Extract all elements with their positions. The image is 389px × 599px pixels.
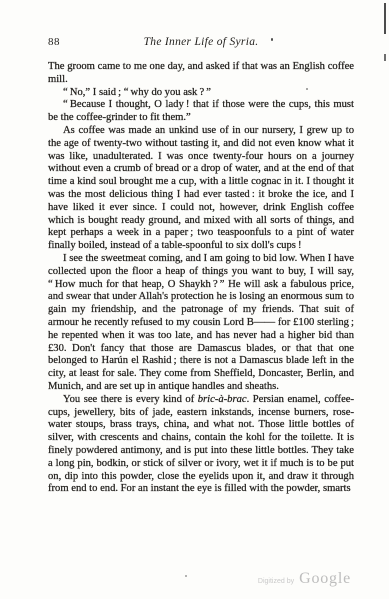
paragraph: The groom came to me one day, and asked … bbox=[48, 61, 354, 87]
running-title: The Inner Life of Syria. bbox=[48, 36, 354, 48]
paragraph-text: . Persian enamel, coffee-cups, jewellery… bbox=[48, 394, 354, 495]
page-text: The groom came to me one day, and asked … bbox=[48, 61, 354, 496]
digitized-by-label: Digitized by bbox=[258, 578, 294, 585]
digitized-watermark: Digitized by Google bbox=[258, 570, 351, 588]
paragraph: I see the sweetmeat coming, and I am goi… bbox=[48, 253, 354, 394]
scanned-book-page: 88 The Inner Life of Syria. The groom ca… bbox=[0, 0, 389, 599]
paragraph: “ No,” I said ; “ why do you ask ? ” bbox=[48, 87, 354, 100]
scan-artifact bbox=[384, 3, 386, 34]
italic-term: bric-à-brac bbox=[198, 394, 247, 405]
paragraph-text: You see there is every kind of bbox=[63, 394, 198, 405]
scan-artifact bbox=[384, 54, 386, 61]
page-number: 88 bbox=[48, 36, 60, 48]
paragraph: “ Because I thought, O lady ! that if th… bbox=[48, 99, 354, 125]
paragraph: You see there is every kind of bric-à-br… bbox=[48, 394, 354, 496]
google-logo: Google bbox=[299, 570, 351, 588]
page-header: 88 The Inner Life of Syria. bbox=[48, 36, 354, 50]
paragraph: As coffee was made an unkind use of in o… bbox=[48, 125, 354, 253]
scan-artifact bbox=[185, 575, 187, 577]
